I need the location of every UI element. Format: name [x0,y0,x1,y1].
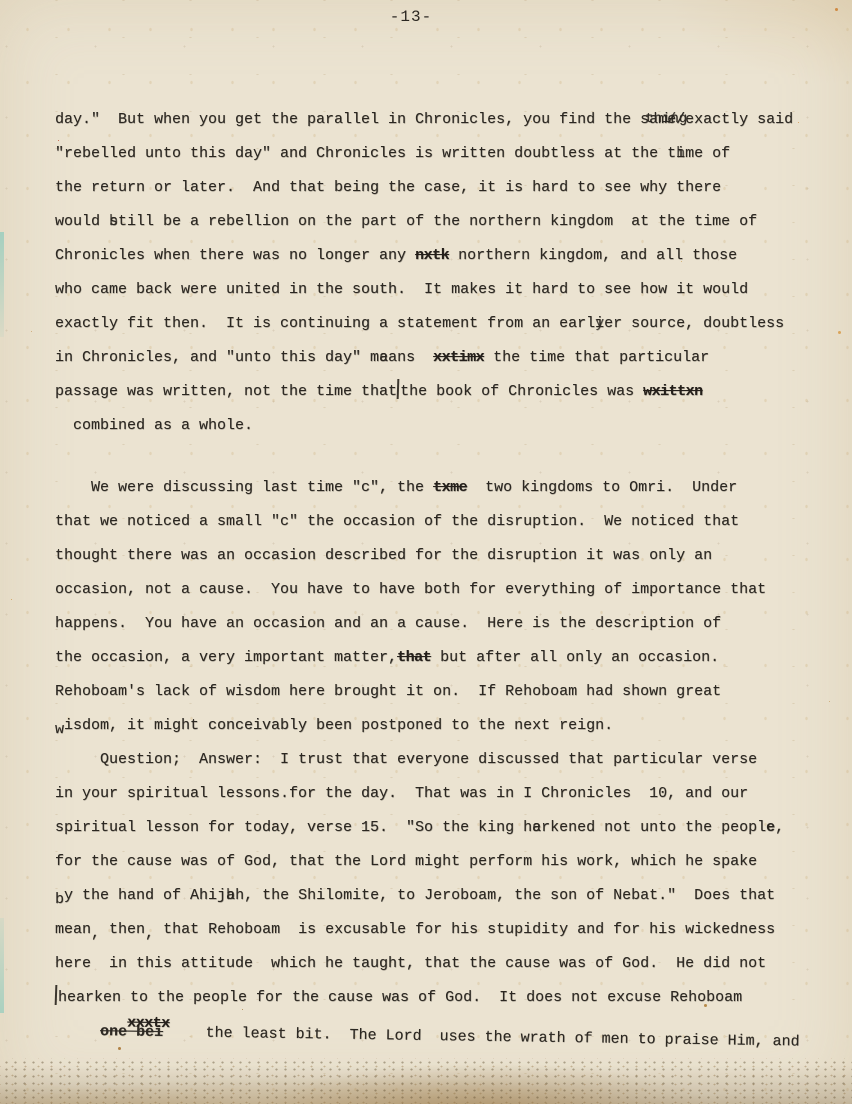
overstrike-chars: ih [676,137,685,171]
text-line: hearken to the people for the cause was … [55,981,842,1015]
text-line: happens. You have an occasion and an a c… [55,607,842,641]
struck-out-text: txme [433,479,467,496]
scanned-document-page: -13- day." But when you get the parallel… [0,0,852,1104]
overstrike-chars: sb [109,205,118,239]
text-line: the occasion, a very important matter,th… [55,641,842,675]
overstrike-chars: iy [595,307,604,341]
struck-out-text: xxtimx [433,349,484,366]
text-segment: e [766,819,775,836]
text-segment: , [91,925,100,942]
text-line: one beixxxtx the least bit. The Lord use… [55,1014,842,1060]
bottom-stain-speckle [0,1058,852,1104]
overstrike-chars: ab [226,879,235,913]
struck-out-text: xxxtx [127,1014,170,1032]
text-line: that we noticed a small "c" the occasion… [55,505,842,539]
text-line: day." But when you get the parallel in C… [55,103,842,137]
text-line: We were discussing last time "c", the tx… [55,471,842,505]
text-line: for the cause was of God, that the Lord … [55,845,842,879]
text-line [55,443,842,471]
scan-edge-artifact [0,918,4,1013]
pen-mark [55,985,59,1005]
overstrike-chars: ae [532,811,541,845]
text-line: "rebelled unto this day" and Chronicles … [55,137,842,171]
text-line: exactly fit then. It is continuing a sta… [55,307,842,341]
text-line: who came back were united in the south. … [55,273,842,307]
text-line: Rehoboam's lack of wisdom here brought i… [55,675,842,709]
struck-out-text: nxtk [415,247,449,264]
page-number-text: -13- [390,8,432,26]
struck-out-text: wxittxn [643,383,703,400]
paper-specks [0,0,3,3]
pen-mark [397,379,401,399]
text-line: occasion, not a cause. You have to have … [55,573,842,607]
overstrike-chars: ae [379,341,388,375]
text-line: combined as a whole. [55,409,842,443]
text-line: Question; Answer: I trust that everyone … [55,743,842,777]
page-number: -13- [0,8,852,26]
text-line: in Chronicles, and "unto this day" maean… [55,341,842,375]
text-segment: , [145,925,154,942]
text-line: thought there was an occasion described … [55,539,842,573]
text-line: mean, then, that Rehoboam is excusable f… [55,913,842,947]
text-segment: b [55,891,64,908]
text-line: in your spiritual lessons.for the day. T… [55,777,842,811]
typewritten-text: day." But when you get the parallel in C… [55,103,842,1049]
text-line: here in this attitude which he taught, t… [55,947,842,981]
text-line: wisdom, it might conceivably been postpo… [55,709,842,743]
text-line: passage was written, not the time thatth… [55,375,842,409]
text-line: Chronicles when there was no longer any … [55,239,842,273]
text-line: by the hand of Ahijabh, the Shilomite, t… [55,879,842,913]
text-segment: w [55,721,64,738]
text-line: spiritual lesson for today, verse 15. "S… [55,811,842,845]
text-line: would sbtill be a rebellion on the part … [55,205,842,239]
scan-edge-artifact [0,232,4,337]
text-line: the return or later. And that being the … [55,171,842,205]
struck-out-text: that [397,649,431,666]
